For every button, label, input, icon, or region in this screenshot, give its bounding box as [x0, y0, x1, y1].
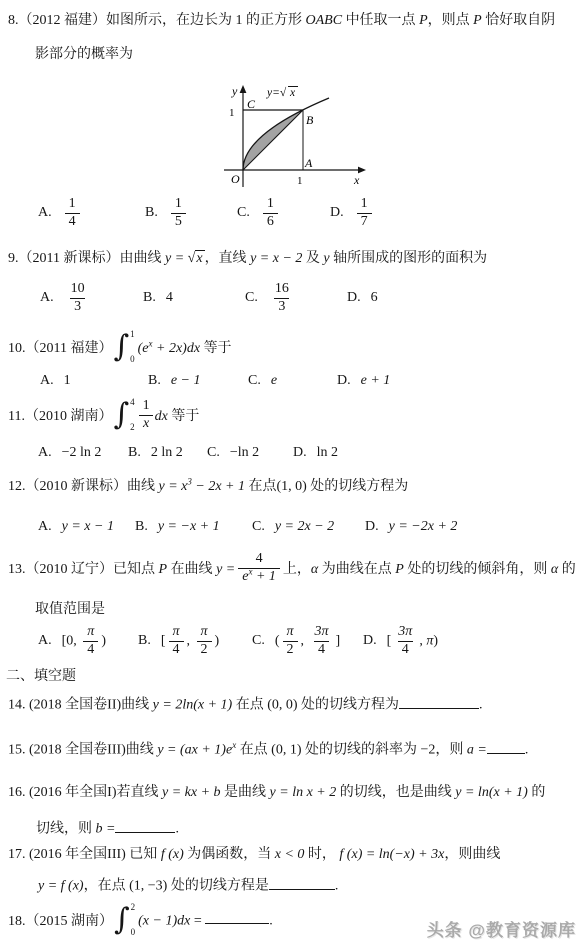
- math-run: P: [473, 13, 482, 28]
- sqrt-radical: √x: [188, 250, 205, 266]
- frac-den: x: [139, 415, 153, 433]
- watermark: 头条 @教育资源库: [427, 916, 576, 941]
- q8-options: A.14 B.15 C.16 D.17: [38, 196, 375, 231]
- option-label: C.: [252, 519, 265, 535]
- q8-figure: y x O A B C 1 1 y=√ x: [210, 83, 410, 198]
- figure-label-b: B: [306, 113, 314, 127]
- y-axis-arrow-icon: [240, 85, 247, 93]
- text-run: 影部分的概率为: [35, 47, 133, 62]
- option-c: C.−ln 2: [207, 445, 293, 461]
- fraction: 103: [67, 281, 89, 316]
- frac-den: 4: [65, 213, 80, 231]
- option-b: B.4: [143, 290, 245, 306]
- integral-lower: 2: [130, 423, 135, 432]
- text-run: 取值范围是: [35, 602, 105, 617]
- integral-symbol: ∫: [113, 401, 129, 430]
- text-run: [: [161, 634, 166, 649]
- text-run: 轴所围成的图形的面积为: [330, 251, 488, 266]
- q16-line1: 16. (2016 年全国I)若直线 y = kx + b 是曲线 y = ln…: [8, 784, 545, 803]
- curve-equation-label: y=√: [266, 86, 287, 99]
- text-run: 的: [558, 562, 576, 577]
- text-run: 10.（2011 福建）: [8, 337, 112, 357]
- option-label: B.: [145, 205, 158, 221]
- option-value: e: [271, 373, 277, 389]
- frac-den: 2: [197, 641, 212, 659]
- section2-heading: 二、填空题: [6, 668, 76, 687]
- formula: (x − 1)dx = .: [138, 911, 273, 930]
- q18-line: 18.（2015 湖南）∫20(x − 1)dx = .: [8, 903, 273, 937]
- text-run: 切线，则: [36, 822, 96, 837]
- text-run: .: [525, 743, 529, 758]
- text-run: 为曲线在点: [318, 562, 395, 577]
- text-run: 处的切线的倾斜角，则: [404, 562, 551, 577]
- fraction: 14: [65, 196, 80, 231]
- fraction: 1x: [139, 398, 154, 433]
- frac-num: π: [197, 624, 212, 641]
- interval: [0, π4): [62, 624, 106, 659]
- text-run: 16. (2016 年全国I)若直线: [8, 785, 162, 800]
- option-label: B.: [128, 445, 141, 461]
- math-run: + 2x)dx: [153, 341, 201, 356]
- text-run: ): [433, 634, 438, 649]
- text-run: [: [387, 634, 392, 649]
- option-value: e + 1: [361, 373, 391, 389]
- math-run: f (x) = ln(−x) + 3x: [339, 847, 444, 862]
- option-c: C.16: [237, 196, 330, 231]
- math-run: a =: [467, 743, 487, 758]
- text-run: ,: [301, 634, 308, 649]
- text-run: ,: [187, 634, 194, 649]
- blank-line: [487, 740, 525, 754]
- frac-den: 7: [357, 213, 372, 231]
- q14-line: 14. (2018 全国卷II)曲线 y = 2ln(x + 1) 在点 (0,…: [8, 695, 483, 715]
- text-run: 是曲线: [221, 785, 270, 800]
- fraction: 163: [271, 281, 293, 316]
- frac-num: 10: [67, 281, 89, 298]
- frac-num: 1: [357, 196, 372, 213]
- option-a: A.y = x − 1: [38, 519, 135, 535]
- option-b: B.[π4, π2): [138, 624, 252, 659]
- formula: dx 等于: [155, 405, 200, 425]
- text-run: 等于: [168, 409, 200, 424]
- q11-line1: 11.（2010 湖南）∫421xdx 等于: [8, 398, 199, 433]
- option-c: C.163: [245, 281, 347, 316]
- option-value: 2 ln 2: [151, 445, 183, 461]
- text-run: =: [190, 913, 205, 928]
- frac-num: 1: [65, 196, 80, 213]
- option-d: D.6: [347, 290, 378, 306]
- text-run: ，直线: [205, 251, 251, 266]
- math-run: (x − 1)dx: [138, 913, 190, 928]
- frac-num: 1: [139, 398, 154, 415]
- math-run: + 1: [252, 569, 275, 584]
- interval: (π2, 3π4]: [275, 624, 340, 659]
- blank-line: [399, 695, 479, 709]
- text-run: 在点 (0, 0) 处的切线方程为: [232, 698, 399, 713]
- option-c: C.y = 2x − 2: [252, 519, 365, 535]
- integral: ∫10: [113, 330, 134, 364]
- option-d: D.e + 1: [337, 373, 390, 389]
- option-label: C.: [207, 445, 220, 461]
- text-run: 12.（2010 新课标）曲线: [8, 479, 159, 494]
- text-run: ，则点: [428, 13, 474, 28]
- q9-options: A.103 B.4 C.163 D.6: [40, 281, 378, 316]
- option-label: B.: [135, 519, 148, 535]
- text-run: 在点(1, 0) 处的切线方程为: [245, 479, 408, 494]
- q15-line: 15. (2018 全国卷III)曲线 y = (ax + 1)ex 在点 (0…: [8, 740, 528, 760]
- fraction: π4: [83, 624, 98, 659]
- option-label: B.: [148, 373, 161, 389]
- option-value: y = −x + 1: [158, 519, 220, 535]
- text-run: .: [335, 879, 339, 894]
- q8-line2: 影部分的概率为: [35, 46, 133, 65]
- integral-upper: 4: [130, 398, 135, 407]
- option-value: 4: [166, 290, 173, 306]
- q13-line1: 13.（2010 辽宁）已知点 P 在曲线 y =4ex + 1 上，α 为曲线…: [8, 551, 576, 586]
- option-c: C.(π2, 3π4]: [252, 624, 363, 659]
- option-value: 6: [371, 290, 378, 306]
- math-run: y = (ax + 1)e: [157, 743, 232, 758]
- integral-lower: 0: [131, 928, 136, 937]
- math-run: y =: [165, 251, 188, 266]
- frac-den: 4: [83, 641, 98, 659]
- option-value: e − 1: [171, 373, 201, 389]
- frac-den: ex + 1: [238, 568, 280, 586]
- text-run: 为偶函数，当: [184, 847, 275, 862]
- integral: ∫42: [113, 398, 134, 432]
- text-run: (: [275, 634, 280, 649]
- text-run: 的切线，也是曲线: [336, 785, 455, 800]
- frac-num: 1: [171, 196, 186, 213]
- frac-num: 3π: [394, 624, 416, 641]
- text-run: [0,: [62, 634, 81, 649]
- radicand: x: [195, 250, 204, 266]
- option-label: D.: [337, 373, 351, 389]
- option-d: D.y = −2x + 2: [365, 519, 457, 535]
- text-run: ): [101, 634, 106, 649]
- frac-num: π: [169, 624, 184, 641]
- math-run: y = kx + b: [162, 785, 221, 800]
- fraction: 15: [171, 196, 186, 231]
- sqrt-curve: [243, 98, 329, 170]
- fraction: 4ex + 1: [238, 551, 280, 586]
- option-c: C.e: [248, 373, 337, 389]
- math-run: y = ln x + 2: [270, 785, 337, 800]
- text-run: 13.（2010 辽宁）已知点 P 在曲线 y =: [8, 558, 235, 578]
- q8-line1: 8.（2012 福建）如图所示，在边长为 1 的正方形 OABC 中任取一点 P…: [8, 12, 555, 31]
- integral-limits: 20: [131, 903, 136, 937]
- formula: (ex + 2x)dx 等于: [138, 337, 232, 357]
- math-run: OABC: [306, 13, 343, 28]
- text-run: 及: [302, 251, 323, 266]
- frac-num: π: [283, 624, 298, 641]
- option-value: −2 ln 2: [62, 445, 102, 461]
- option-label: D.: [365, 519, 379, 535]
- text-run: ，在点 (1, −3) 处的切线方程是: [84, 879, 269, 894]
- frac-den: 4: [169, 641, 184, 659]
- frac-den: 5: [171, 213, 186, 231]
- interval: [3π4, π): [387, 624, 438, 659]
- frac-den: 3: [274, 298, 289, 316]
- math-run: y = x − 2: [250, 251, 302, 266]
- frac-num: 1: [263, 196, 278, 213]
- option-label: D.: [330, 205, 344, 221]
- option-label: D.: [293, 445, 307, 461]
- blank-line: [269, 876, 335, 890]
- fraction: π4: [169, 624, 184, 659]
- option-value: y = −2x + 2: [389, 519, 458, 535]
- option-d: D.ln 2: [293, 445, 338, 461]
- math-run: P: [395, 562, 404, 577]
- option-label: B.: [138, 633, 151, 649]
- option-label: C.: [237, 205, 250, 221]
- math-run: y =: [216, 562, 235, 577]
- option-a: A.[0, π4): [38, 624, 138, 659]
- text-run: .: [269, 913, 273, 928]
- fraction: π2: [197, 624, 212, 659]
- option-b: B.e − 1: [148, 373, 248, 389]
- option-label: C.: [252, 633, 265, 649]
- option-a: A.103: [40, 281, 143, 316]
- q9-line1: 9.（2011 新课标）由曲线 y = √x，直线 y = x − 2 及 y …: [8, 250, 487, 269]
- text-run: 14. (2018 全国卷II)曲线: [8, 698, 153, 713]
- q17-line1: 17. (2016 年全国III) 已知 f (x) 为偶函数，当 x < 0 …: [8, 846, 500, 865]
- option-label: D.: [347, 290, 361, 306]
- math-run: y = x: [159, 479, 188, 494]
- text-run: ): [215, 634, 220, 649]
- option-value: −ln 2: [230, 445, 259, 461]
- q17-line2: y = f (x)，在点 (1, −3) 处的切线方程是.: [38, 876, 338, 896]
- text-run: 的: [528, 785, 546, 800]
- integral-symbol: ∫: [113, 333, 129, 362]
- figure-label-a: A: [304, 156, 313, 170]
- figure-tick-x-1: 1: [297, 175, 303, 187]
- math-run: f (x): [161, 847, 184, 862]
- fraction: 3π4: [311, 624, 333, 659]
- option-a: A.1: [40, 373, 148, 389]
- integral-upper: 2: [131, 903, 136, 912]
- text-run: 17. (2016 年全国III) 已知: [8, 847, 161, 862]
- figure-label-o: O: [231, 172, 240, 186]
- frac-den: 2: [283, 641, 298, 659]
- figure-label-y: y: [231, 84, 238, 98]
- text-run: 9.（2011 新课标）由曲线: [8, 251, 165, 266]
- frac-den: 6: [263, 213, 278, 231]
- text-run: .: [479, 698, 483, 713]
- option-d: D.17: [330, 196, 375, 231]
- math-run: P: [419, 13, 428, 28]
- option-a: A.−2 ln 2: [38, 445, 128, 461]
- frac-num: 16: [271, 281, 293, 298]
- integral-lower: 0: [130, 355, 135, 364]
- option-value: y = x − 1: [62, 519, 114, 535]
- q12-line1: 12.（2010 新课标）曲线 y = x3 − 2x + 1 在点(1, 0)…: [8, 478, 408, 497]
- frac-num: 4: [252, 551, 267, 568]
- option-value: 1: [64, 373, 71, 389]
- integral-limits: 10: [130, 330, 135, 364]
- math-run: P: [159, 562, 168, 577]
- option-label: A.: [38, 445, 52, 461]
- text-run: 11.（2010 湖南）: [8, 405, 112, 425]
- text-run: 15. (2018 全国卷III)曲线: [8, 743, 157, 758]
- option-value: ln 2: [317, 445, 338, 461]
- fraction: 17: [357, 196, 372, 231]
- option-label: C.: [248, 373, 261, 389]
- option-d: D.[3π4, π): [363, 624, 438, 659]
- text-run: 在曲线: [167, 562, 216, 577]
- q13-line2: 取值范围是: [35, 601, 105, 620]
- figure-label-c: C: [247, 97, 256, 111]
- curve-equation-radicand: x: [289, 87, 296, 99]
- option-label: D.: [363, 633, 377, 649]
- integral-upper: 1: [130, 330, 135, 339]
- text-run: ]: [336, 634, 341, 649]
- fraction: π2: [283, 624, 298, 659]
- option-label: A.: [38, 519, 52, 535]
- math-run: − 2x + 1: [192, 479, 245, 494]
- text-run: .: [175, 822, 179, 837]
- text-run: 等于: [200, 341, 232, 356]
- frac-den: 4: [314, 641, 329, 659]
- section-title: 二、填空题: [6, 669, 76, 684]
- option-label: A.: [40, 373, 54, 389]
- fraction: 16: [263, 196, 278, 231]
- option-b: B.2 ln 2: [128, 445, 207, 461]
- option-label: A.: [38, 633, 52, 649]
- math-run: (e: [138, 341, 149, 356]
- text-run: 恰好取自阴: [482, 13, 556, 28]
- frac-den: 3: [70, 298, 85, 316]
- math-run: y = ln(x + 1): [455, 785, 528, 800]
- blank-line: [205, 911, 269, 925]
- text-run: 上，α 为曲线在点 P 处的切线的倾斜角，则 α 的: [283, 558, 576, 578]
- math-run: x < 0: [275, 847, 305, 862]
- text-run: 在点 (0, 1) 处的切线的斜率为 −2，则: [236, 743, 467, 758]
- exam-document: 8.（2012 福建）如图所示，在边长为 1 的正方形 OABC 中任取一点 P…: [0, 0, 584, 951]
- math-run: dx: [155, 409, 168, 424]
- q13-options: A.[0, π4) B.[π4, π2) C.(π2, 3π4] D.[3π4,…: [38, 624, 438, 659]
- text-run: 8.（2012 福建）如图所示，在边长为 1 的正方形: [8, 13, 306, 28]
- option-b: B.y = −x + 1: [135, 519, 252, 535]
- math-run: y = 2ln(x + 1): [153, 698, 233, 713]
- frac-num: 3π: [311, 624, 333, 641]
- text-run: 中任取一点: [342, 13, 419, 28]
- option-label: A.: [40, 290, 54, 306]
- frac-den: 4: [398, 641, 413, 659]
- text-run: 时，: [304, 847, 339, 862]
- option-label: C.: [245, 290, 258, 306]
- q16-line2: 切线，则 b =.: [36, 819, 179, 839]
- option-b: B.15: [145, 196, 237, 231]
- integral: ∫20: [114, 903, 135, 937]
- frac-num: π: [83, 624, 98, 641]
- integral-limits: 42: [130, 398, 135, 432]
- integral-symbol: ∫: [114, 906, 130, 935]
- text-run: 18.（2015 湖南）: [8, 910, 113, 930]
- figure-label-x: x: [353, 173, 360, 187]
- interval: [π4, π2): [161, 624, 219, 659]
- chord-ob: [243, 110, 303, 170]
- q11-options: A.−2 ln 2 B.2 ln 2 C.−ln 2 D.ln 2: [38, 445, 338, 461]
- q10-options: A.1 B.e − 1 C.e D.e + 1: [40, 373, 390, 389]
- option-label: A.: [38, 205, 52, 221]
- option-a: A.14: [38, 196, 145, 231]
- math-run: y = f (x): [38, 879, 84, 894]
- q10-line1: 10.（2011 福建）∫10(ex + 2x)dx 等于: [8, 330, 232, 364]
- option-label: B.: [143, 290, 156, 306]
- text-run: ，则曲线: [444, 847, 500, 862]
- figure-tick-y-1: 1: [229, 107, 235, 119]
- option-value: y = 2x − 2: [275, 519, 334, 535]
- blank-line: [115, 819, 175, 833]
- text-run: 13.（2010 辽宁）已知点: [8, 562, 159, 577]
- text-run: 上，: [283, 562, 311, 577]
- fraction: 3π4: [394, 624, 416, 659]
- math-run: b =: [96, 822, 116, 837]
- q12-options: A.y = x − 1 B.y = −x + 1 C.y = 2x − 2 D.…: [38, 519, 457, 535]
